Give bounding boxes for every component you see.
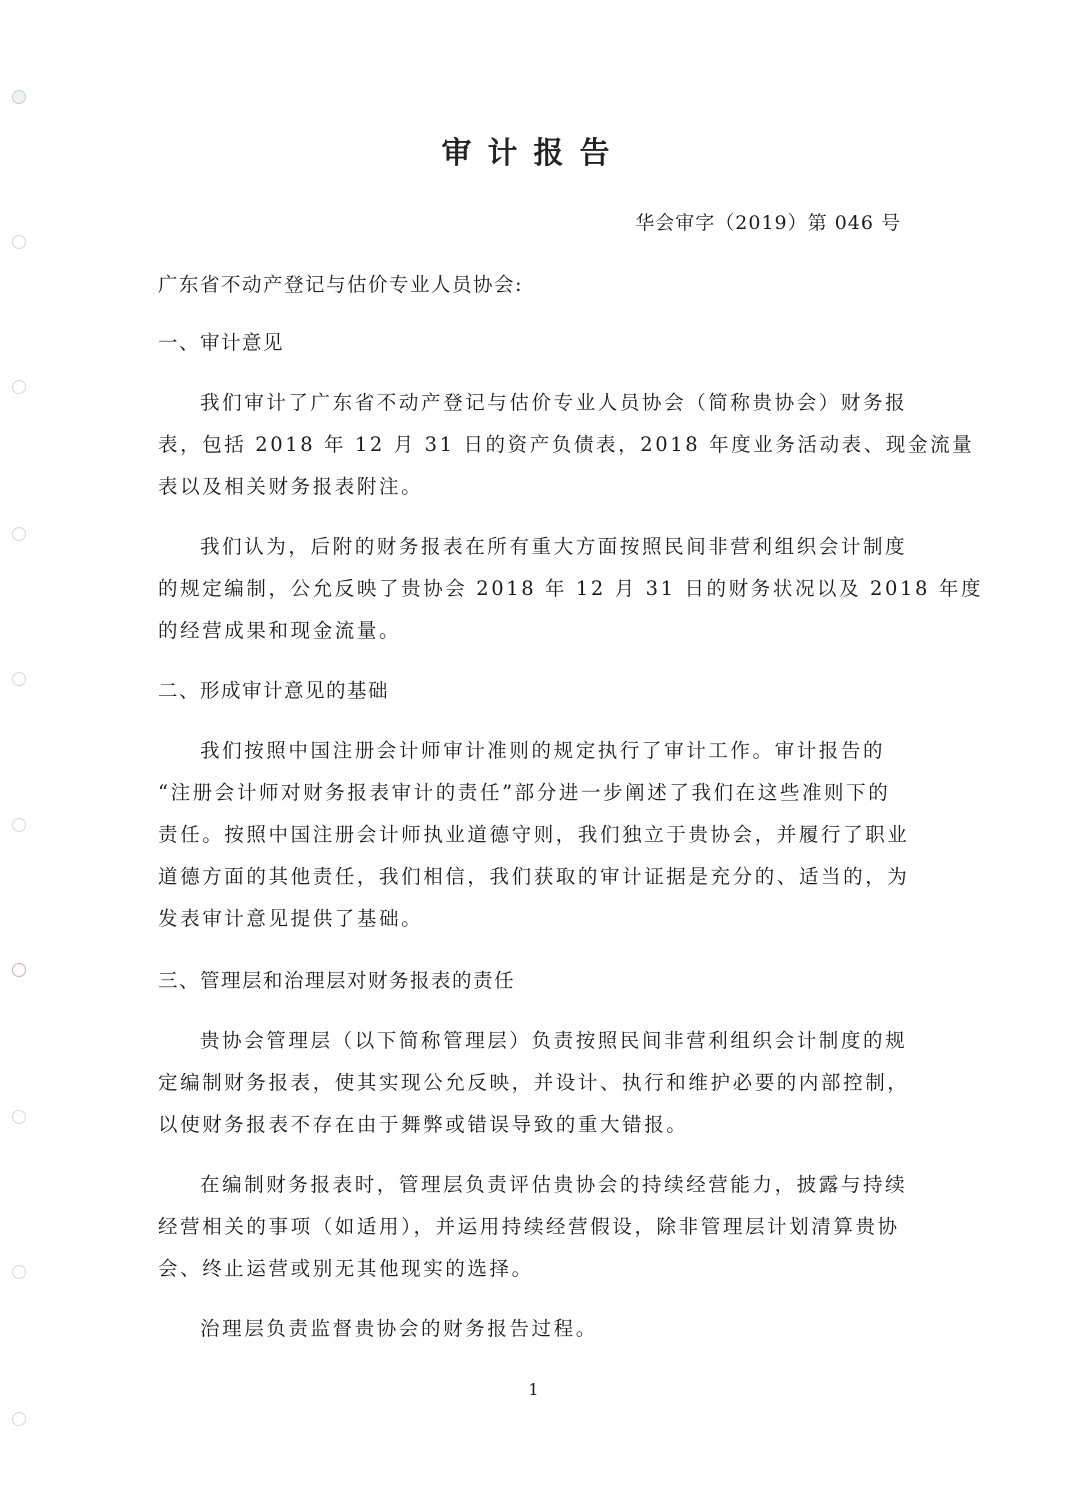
binding-hole: [12, 963, 26, 977]
paragraph-line: 道德方面的其他责任，我们相信，我们获取的审计证据是充分的、适当的，为: [158, 864, 908, 890]
binding-hole: [12, 1110, 26, 1124]
binding-hole: [12, 1265, 26, 1279]
paragraph-line: 治理层负责监督贵协会的财务报告过程。: [200, 1316, 908, 1342]
paragraph-line: 经营相关的事项（如适用），并运用持续经营假设，除非管理层计划清算贵协: [158, 1214, 908, 1240]
binding-hole: [12, 235, 26, 249]
paragraph-line: 表，包括 2018 年 12 月 31 日的资产负债表，2018 年度业务活动表…: [158, 432, 908, 458]
paragraph-line: 的规定编制，公允反映了贵协会 2018 年 12 月 31 日的财务状况以及 2…: [158, 576, 908, 602]
paragraph-line: 定编制财务报表，使其实现公允反映，并设计、执行和维护必要的内部控制，: [158, 1070, 908, 1096]
section-heading: 三、管理层和治理层对财务报表的责任: [158, 968, 908, 994]
addressee: 广东省不动产登记与估价专业人员协会:: [158, 272, 908, 298]
binding-hole: [12, 90, 26, 104]
paragraph-line: 表以及相关财务报表附注。: [158, 474, 908, 500]
paragraph-line: “注册会计师对财务报表审计的责任”部分进一步阐述了我们在这些准则下的: [158, 780, 908, 806]
paragraph-line: 我们认为，后附的财务报表在所有重大方面按照民间非营利组织会计制度: [200, 534, 908, 560]
section-heading: 一、审计意见: [158, 330, 908, 356]
binding-hole: [12, 527, 26, 541]
binding-hole: [12, 672, 26, 686]
paragraph-line: 我们审计了广东省不动产登记与估价专业人员协会（简称贵协会）财务报: [200, 390, 908, 416]
paragraph-line: 发表审计意见提供了基础。: [158, 906, 908, 932]
paragraph-line: 责任。按照中国注册会计师执业道德守则，我们独立于贵协会，并履行了职业: [158, 822, 908, 848]
binding-hole: [12, 380, 26, 394]
paragraph-line: 的经营成果和现金流量。: [158, 618, 908, 644]
page-number: 1: [0, 1380, 1067, 1399]
binding-hole: [12, 1412, 26, 1426]
document-title: 审计报告: [0, 128, 1067, 172]
paragraph-line: 会、终止运营或别无其他现实的选择。: [158, 1256, 908, 1282]
paragraph-line: 贵协会管理层（以下简称管理层）负责按照民间非营利组织会计制度的规: [200, 1028, 908, 1054]
binding-hole: [12, 818, 26, 832]
paragraph-line: 以使财务报表不存在由于舞弊或错误导致的重大错报。: [158, 1112, 908, 1138]
paragraph-line: 我们按照中国注册会计师审计准则的规定执行了审计工作。审计报告的: [200, 738, 908, 764]
paragraph-line: 在编制财务报表时，管理层负责评估贵协会的持续经营能力，披露与持续: [200, 1172, 908, 1198]
reference-number: 华会审字（2019）第 046 号: [635, 208, 901, 235]
section-heading: 二、形成审计意见的基础: [158, 678, 908, 704]
